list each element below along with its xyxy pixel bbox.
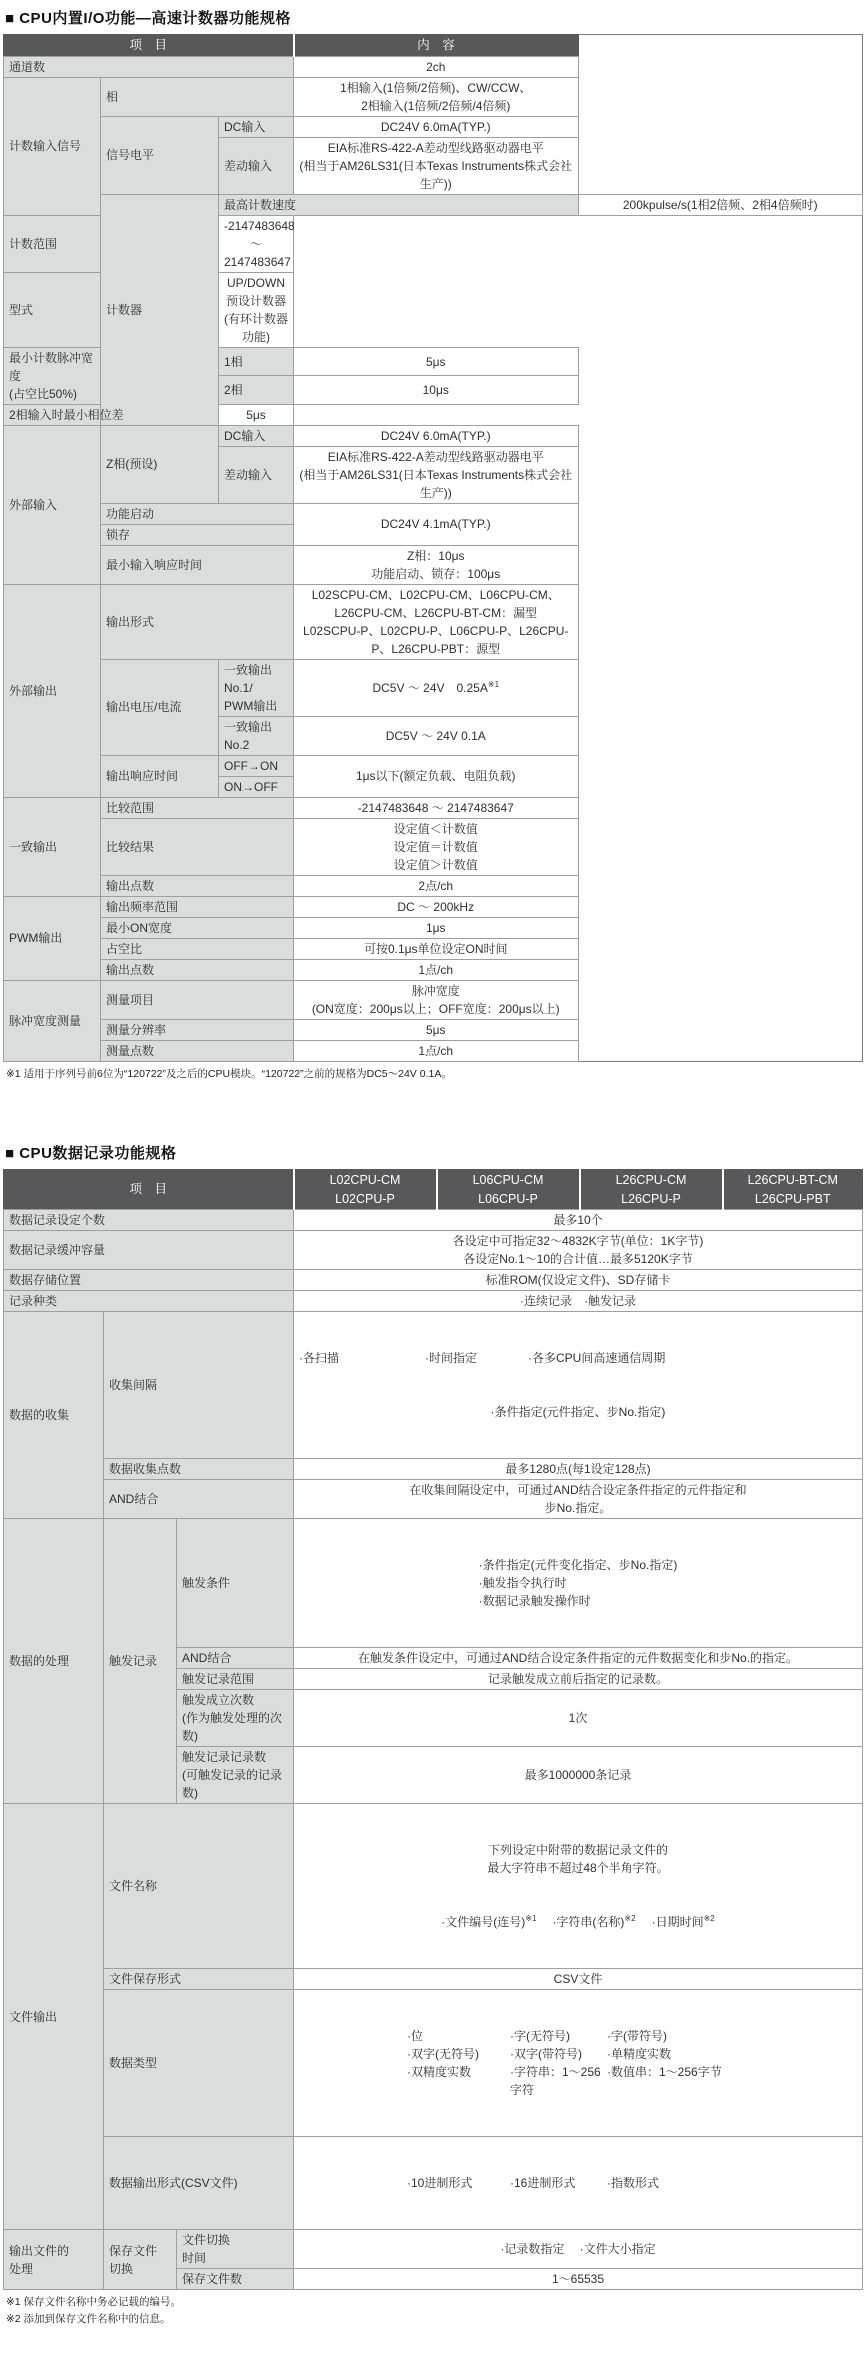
row-value: 5μs — [219, 404, 294, 425]
list-item: ·日期时间※2 — [652, 1913, 715, 1931]
row-label: 测量点数 — [101, 1040, 294, 1061]
list-item: ·位 — [407, 2027, 510, 2045]
row-label: 测量项目 — [101, 980, 294, 1019]
row-label: 最小输入响应时间 — [101, 545, 294, 584]
row-label: 输出点数 — [101, 875, 294, 896]
section-title-hsc: ■ CPU内置I/O功能—高速计数器功能规格 — [5, 7, 863, 28]
list-item: ·双字(无符号) — [407, 2045, 510, 2063]
row-label: 测量分辨率 — [101, 1019, 294, 1040]
column-header-cpu-l26bt: L26CPU-BT-CM L26CPU-PBT — [723, 1169, 863, 1210]
table-row: 外部输入 Z相(预设) DC输入 DC24V 6.0mA(TYP.) — [4, 425, 863, 446]
row-label: 文件保存形式 — [104, 1969, 294, 1990]
row-value: 5μs — [294, 1019, 579, 1040]
row-label: OFF→ON — [219, 755, 294, 776]
row-value: 2点/ch — [294, 875, 579, 896]
interval-options-row: ·各扫描 ·时间指定 ·各多CPU间高速通信周期 — [299, 1349, 857, 1367]
group-label: 一致输出 — [4, 797, 101, 896]
list-item: ·单精度实数 — [607, 2045, 857, 2063]
row-label: 数据记录设定个数 — [4, 1210, 294, 1231]
datalog-spec-table: 项 目 L02CPU-CM L02CPU-P L06CPU-CM L06CPU-… — [3, 1169, 863, 2291]
row-label: 触发条件 — [177, 1519, 294, 1648]
row-label: 比较范围 — [101, 797, 294, 818]
row-value: 在收集间隔设定中，可通过AND结合设定条件指定的元件指定和 步No.指定。 — [294, 1480, 863, 1519]
row-value: 1μs以下(额定负载、电阻负载) — [294, 755, 579, 797]
row-value: 最多1280点(每1设定128点) — [294, 1459, 863, 1480]
row-label: 保存文件数 — [177, 2269, 294, 2290]
list-item: ·各扫描 — [299, 1349, 425, 1367]
group-label: 数据的收集 — [4, 1312, 104, 1519]
row-value: -2147483648 ～ 2147483647 — [294, 797, 579, 818]
page: ■ CPU内置I/O功能—高速计数器功能规格 项 目 内 容 通道数 2ch 计… — [0, 0, 866, 2367]
table-row: 2相输入时最小相位差 5μs — [4, 404, 863, 425]
table-row: 文件保存形式 CSV文件 — [4, 1969, 863, 1990]
row-value: ·连续记录 ·触发记录 — [294, 1291, 863, 1312]
row-label: 2相 — [219, 376, 294, 405]
row-label: 文件名称 — [104, 1804, 294, 1969]
row-label: 功能启动 — [101, 503, 294, 524]
footnote-marker: ※2 — [624, 1914, 635, 1923]
group-label: 触发记录 — [104, 1519, 177, 1804]
row-value: 最多10个 — [294, 1210, 863, 1231]
group-label: PWM输出 — [4, 896, 101, 980]
row-value: 可按0.1μs单位设定ON时间 — [294, 938, 579, 959]
column-header-cpu-l06: L06CPU-CM L06CPU-P — [437, 1169, 580, 1210]
row-value: EIA标准RS-422-A差动型线路驱动器电平 (相当于AM26LS31(日本T… — [294, 137, 579, 194]
row-value: L02SCPU-CM、L02CPU-CM、L06CPU-CM、L26CPU-CM… — [294, 584, 579, 659]
table-row: 数据输出形式(CSV文件) ·10进制形式 ·16进制形式 ·指数形式 — [4, 2137, 863, 2230]
list-item: ·条件指定(元件指定、步No.指定) — [299, 1403, 857, 1421]
row-label: 触发成立次数 (作为触发处理的次数) — [177, 1690, 294, 1747]
row-value: 1μs — [294, 917, 579, 938]
row-label: 最小ON宽度 — [101, 917, 294, 938]
datalog-spec-section: ■ CPU数据记录功能规格 项 目 L02CPU-CM L02CPU-P L06… — [3, 1142, 863, 2327]
row-value: DC ～ 200kHz — [294, 896, 579, 917]
table-row: 比较结果 设定值＜计数值 设定值＝计数值 设定值＞计数值 — [4, 818, 863, 875]
list-item: ·字(带符号) — [607, 2027, 857, 2045]
table-row: 文件输出 文件名称 下列设定中附带的数据记录文件的 最大字符串不超过48个半角字… — [4, 1804, 863, 1969]
row-value: Z相：10μs 功能启动、锁存：100μs — [294, 545, 579, 584]
row-label: 触发记录范围 — [177, 1669, 294, 1690]
row-label: 文件切换 时间 — [177, 2230, 294, 2269]
group-label: 脉冲宽度测量 — [4, 980, 101, 1061]
table-row: 记录种类 ·连续记录 ·触发记录 — [4, 1291, 863, 1312]
list-item: ·字符串(名称)※2 — [552, 1913, 635, 1931]
table-row: 数据存储位置 标准ROM(仅设定文件)、SD存储卡 — [4, 1270, 863, 1291]
table-row: 计数输入信号 相 1相输入(1倍频/2倍频)、CW/CCW、 2相输入(1倍频/… — [4, 77, 863, 116]
list-item-text: ·日期时间 — [652, 1915, 704, 1929]
table-row: 信号电平 DC输入 DC24V 6.0mA(TYP.) — [4, 116, 863, 137]
row-label: 2相输入时最小相位差 — [4, 404, 219, 425]
list-item: ·10进制形式 — [407, 2174, 510, 2192]
table-row: 计数器 最高计数速度 200kpulse/s(1相2倍频、2相4倍频时) — [4, 194, 863, 215]
footnote-marker: ※1 — [488, 680, 499, 689]
table-row: 测量点数 1点/ch — [4, 1040, 863, 1061]
row-value: 下列设定中附带的数据记录文件的 最大字符串不超过48个半角字符。 ·文件编号(连… — [294, 1804, 863, 1969]
column-header-cpu-l26: L26CPU-CM L26CPU-P — [580, 1169, 723, 1210]
row-label: 输出响应时间 — [101, 755, 219, 797]
row-label: ON→OFF — [219, 776, 294, 797]
file-name-description: 下列设定中附带的数据记录文件的 最大字符串不超过48个半角字符。 — [299, 1841, 857, 1877]
row-label: 最小计数脉冲宽度 (占空比50%) — [4, 347, 101, 404]
row-label: 差动输入 — [219, 446, 294, 503]
footnote-hsc-1: ※1 适用于序列号前6位为“120722”及之后的CPU模块。“120722”之… — [6, 1067, 863, 1082]
row-label: Z相(预设) — [101, 425, 219, 503]
group-label: 输出文件的 处理 — [4, 2230, 104, 2290]
row-label: DC输入 — [219, 116, 294, 137]
footnote-datalog-2: ※2 添加到保存文件名称中的信息。 — [6, 2312, 863, 2327]
table-row: 一致输出 比较范围 -2147483648 ～ 2147483647 — [4, 797, 863, 818]
row-label: 收集间隔 — [104, 1312, 294, 1459]
hsc-spec-section: ■ CPU内置I/O功能—高速计数器功能规格 项 目 内 容 通道数 2ch 计… — [3, 7, 863, 1082]
table-row: 最小ON宽度 1μs — [4, 917, 863, 938]
group-label: 外部输出 — [4, 584, 101, 797]
row-value: 各设定中可指定32～4832K字节(单位：1K字节) 各设定No.1～10的合计… — [294, 1231, 863, 1270]
row-value: 2ch — [294, 56, 579, 77]
row-value: 记录触发成立前后指定的记录数。 — [294, 1669, 863, 1690]
row-value: ·位 ·字(无符号) ·字(带符号) ·双字(无符号) ·双字(带符号) ·单精… — [294, 1990, 863, 2137]
row-label: 输出频率范围 — [101, 896, 294, 917]
column-header-cpu-l02: L02CPU-CM L02CPU-P — [294, 1169, 437, 1210]
group-label: 保存文件 切换 — [104, 2230, 177, 2290]
row-value: 在触发条件设定中，可通过AND结合设定条件指定的元件数据变化和步No.的指定。 — [294, 1648, 863, 1669]
table-row: 数据记录缓冲容量 各设定中可指定32～4832K字节(单位：1K字节) 各设定N… — [4, 1231, 863, 1270]
row-label: 输出形式 — [101, 584, 294, 659]
table-row: 外部输出 输出形式 L02SCPU-CM、L02CPU-CM、L06CPU-CM… — [4, 584, 863, 659]
group-label: 计数输入信号 — [4, 77, 101, 215]
row-label: AND结合 — [104, 1480, 294, 1519]
table-row: 通道数 2ch — [4, 56, 863, 77]
footnote-marker: ※1 — [525, 1914, 536, 1923]
list-item: ·时间指定 — [425, 1349, 528, 1367]
output-format-row: ·10进制形式 ·16进制形式 ·指数形式 — [407, 2174, 857, 2192]
row-value: 1点/ch — [294, 1040, 579, 1061]
row-value: CSV文件 — [294, 1969, 863, 1990]
table-row: 数据类型 ·位 ·字(无符号) ·字(带符号) ·双字(无符号) ·双字(带符号… — [4, 1990, 863, 2137]
row-label: 数据存储位置 — [4, 1270, 294, 1291]
table-row: AND结合 在收集间隔设定中，可通过AND结合设定条件指定的元件指定和 步No.… — [4, 1480, 863, 1519]
row-label: AND结合 — [177, 1648, 294, 1669]
data-types-grid: ·位 ·字(无符号) ·字(带符号) ·双字(无符号) ·双字(带符号) ·单精… — [407, 2027, 857, 2099]
row-label: 一致输出No.2 — [219, 716, 294, 755]
row-value: ·10进制形式 ·16进制形式 ·指数形式 — [294, 2137, 863, 2230]
row-value: 1相输入(1倍频/2倍频)、CW/CCW、 2相输入(1倍频/2倍频/4倍频) — [294, 77, 579, 116]
table-row: 输出响应时间 OFF→ON 1μs以下(额定负载、电阻负载) — [4, 755, 863, 776]
table-header-row: 项 目 内 容 — [4, 35, 863, 57]
row-value: EIA标准RS-422-A差动型线路驱动器电平 (相当于AM26LS31(日本T… — [294, 446, 579, 503]
row-label: 比较结果 — [101, 818, 294, 875]
row-label: 信号电平 — [101, 116, 219, 194]
hsc-spec-table: 项 目 内 容 通道数 2ch 计数输入信号 相 1相输入(1倍频/2倍频)、C… — [3, 34, 863, 1062]
footnote-datalog-1: ※1 保存文件名称中务必记载的编号。 — [6, 2295, 863, 2310]
table-row: 功能启动 DC24V 4.1mA(TYP.) — [4, 503, 863, 524]
row-value: 1～65535 — [294, 2269, 863, 2290]
list-item: ·指数形式 — [607, 2174, 857, 2192]
group-label: 外部输入 — [4, 425, 101, 584]
row-label: 触发记录记录数 (可触发记录的记录数) — [177, 1747, 294, 1804]
trigger-conditions-list: ·条件指定(元件变化指定、步No.指定) ·触发指令执行时 ·数据记录触发操作时 — [479, 1556, 678, 1610]
list-item: ·双精度实数 — [407, 2063, 510, 2099]
row-value: DC24V 6.0mA(TYP.) — [294, 116, 579, 137]
table-row: 数据的处理 触发记录 触发条件 ·条件指定(元件变化指定、步No.指定) ·触发… — [4, 1519, 863, 1648]
list-item-text: ·字符串(名称) — [552, 1915, 624, 1929]
table-row: 数据记录设定个数 最多10个 — [4, 1210, 863, 1231]
table-row: 输出文件的 处理 保存文件 切换 文件切换 时间 ·记录数指定 ·文件大小指定 — [4, 2230, 863, 2269]
row-label: 占空比 — [101, 938, 294, 959]
table-row: 脉冲宽度测量 测量项目 脉冲宽度 (ON宽度：200μs以上；OFF宽度：200… — [4, 980, 863, 1019]
row-label: 一致输出No.1/ PWM输出 — [219, 659, 294, 716]
table-row: 计数范围 -2147483648 ～ 2147483647 — [4, 215, 863, 272]
row-label: 数据收集点数 — [104, 1459, 294, 1480]
list-item: ·文件编号(连号)※1 — [441, 1913, 536, 1931]
row-value: DC5V ～ 24V 0.1A — [294, 716, 579, 755]
table-header-row: 项 目 L02CPU-CM L02CPU-P L06CPU-CM L06CPU-… — [4, 1169, 863, 1210]
row-label: 计数范围 — [4, 215, 219, 272]
row-value: DC24V 4.1mA(TYP.) — [294, 503, 579, 545]
row-value: DC24V 6.0mA(TYP.) — [294, 425, 579, 446]
row-value: UP/DOWN预设计数器(有环计数器功能) — [219, 272, 294, 347]
footnote-marker: ※2 — [704, 1914, 715, 1923]
row-value: 1点/ch — [294, 959, 579, 980]
group-label: 数据的处理 — [4, 1519, 104, 1804]
row-value: 脉冲宽度 (ON宽度：200μs以上；OFF宽度：200μs以上) — [294, 980, 579, 1019]
table-row: 最小输入响应时间 Z相：10μs 功能启动、锁存：100μs — [4, 545, 863, 584]
list-item: ·字符串：1～256字符 — [510, 2063, 607, 2099]
column-header-item: 项 目 — [4, 1169, 294, 1210]
row-value: 设定值＜计数值 设定值＝计数值 设定值＞计数值 — [294, 818, 579, 875]
row-value: -2147483648 ～ 2147483647 — [219, 215, 294, 272]
list-item: ·数值串：1～256字节 — [607, 2063, 857, 2099]
row-value: 最多1000000条记录 — [294, 1747, 863, 1804]
table-row: 输出点数 1点/ch — [4, 959, 863, 980]
row-value: 5μs — [294, 347, 579, 376]
list-item: ·各多CPU间高速通信周期 — [528, 1349, 857, 1367]
row-label: 差动输入 — [219, 137, 294, 194]
row-label: 输出点数 — [101, 959, 294, 980]
file-name-options-row: ·文件编号(连号)※1 ·字符串(名称)※2 ·日期时间※2 — [299, 1913, 857, 1931]
section-title-datalog: ■ CPU数据记录功能规格 — [5, 1142, 863, 1163]
column-header-item: 项 目 — [4, 35, 294, 57]
row-value: 200kpulse/s(1相2倍频、2相4倍频时) — [578, 194, 863, 215]
row-value: 10μs — [294, 376, 579, 405]
table-row: 数据的收集 收集间隔 ·各扫描 ·时间指定 ·各多CPU间高速通信周期 ·条件指… — [4, 1312, 863, 1459]
table-row: 输出电压/电流 一致输出No.1/ PWM输出 DC5V ～ 24V 0.25A… — [4, 659, 863, 716]
table-row: 占空比 可按0.1μs单位设定ON时间 — [4, 938, 863, 959]
list-item: ·双字(带符号) — [510, 2045, 607, 2063]
row-label: 1相 — [219, 347, 294, 376]
row-label: 数据类型 — [104, 1990, 294, 2137]
row-label: 输出电压/电流 — [101, 659, 219, 755]
table-row: 测量分辨率 5μs — [4, 1019, 863, 1040]
table-row: 输出点数 2点/ch — [4, 875, 863, 896]
row-label: 记录种类 — [4, 1291, 294, 1312]
list-item: ·16进制形式 — [510, 2174, 607, 2192]
row-value: DC5V ～ 24V 0.25A※1 — [294, 659, 579, 716]
row-label: 数据输出形式(CSV文件) — [104, 2137, 294, 2230]
row-label: DC输入 — [219, 425, 294, 446]
table-row: PWM输出 输出频率范围 DC ～ 200kHz — [4, 896, 863, 917]
row-value: 1次 — [294, 1690, 863, 1747]
row-value: ·记录数指定 ·文件大小指定 — [294, 2230, 863, 2269]
row-value-text: DC5V ～ 24V 0.25A — [372, 681, 487, 695]
row-label: 相 — [101, 77, 294, 116]
row-label: 数据记录缓冲容量 — [4, 1231, 294, 1270]
row-value: ·各扫描 ·时间指定 ·各多CPU间高速通信周期 ·条件指定(元件指定、步No.… — [294, 1312, 863, 1459]
row-label: 锁存 — [101, 524, 294, 545]
group-label: 文件输出 — [4, 1804, 104, 2230]
row-label: 通道数 — [4, 56, 294, 77]
row-value: 标准ROM(仅设定文件)、SD存储卡 — [294, 1270, 863, 1291]
column-header-content: 内 容 — [294, 35, 579, 57]
table-row: 数据收集点数 最多1280点(每1设定128点) — [4, 1459, 863, 1480]
row-label: 最高计数速度 — [219, 194, 579, 215]
list-item-text: ·文件编号(连号) — [441, 1915, 525, 1929]
list-item: ·字(无符号) — [510, 2027, 607, 2045]
row-value: ·条件指定(元件变化指定、步No.指定) ·触发指令执行时 ·数据记录触发操作时 — [294, 1519, 863, 1648]
